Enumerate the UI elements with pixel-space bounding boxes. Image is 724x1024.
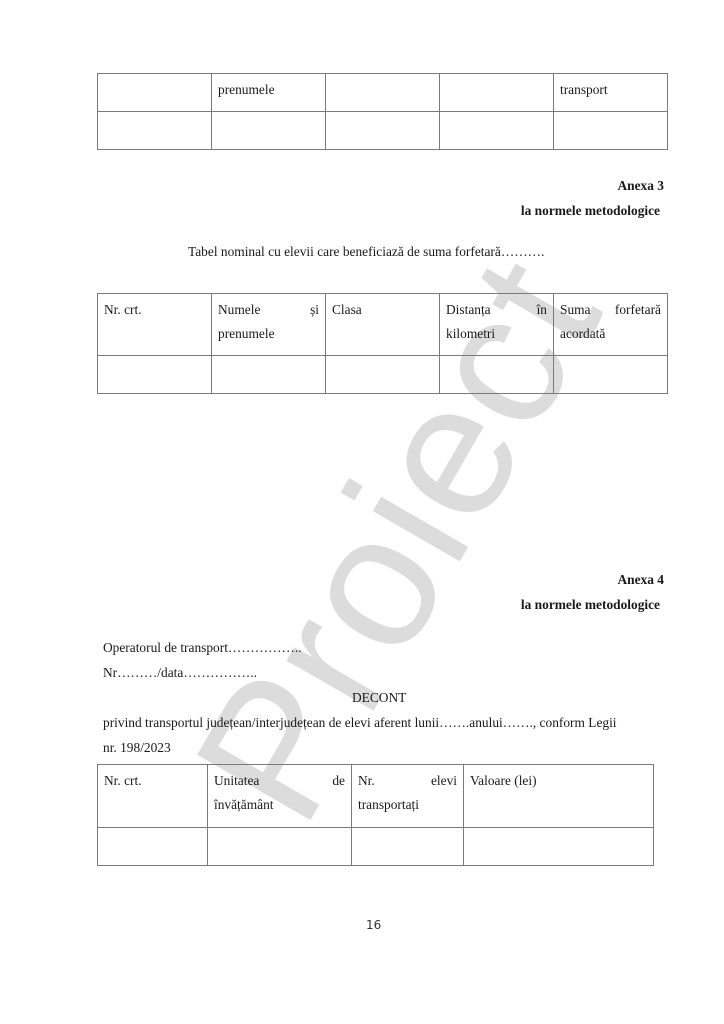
table-cell: prenumele: [212, 74, 326, 112]
header-distanta: Distanțaîn kilometri: [440, 294, 554, 356]
table-cell: [326, 356, 440, 394]
header-suma: Sumaforfetară acordată: [554, 294, 668, 356]
table-cell: [326, 74, 440, 112]
anexa4-table: Nr. crt. Unitateade învățământ Nr.elevi …: [97, 764, 654, 866]
header-clasa: Clasa: [326, 294, 440, 356]
table-cell: [440, 74, 554, 112]
page-number: 16: [366, 918, 381, 932]
anexa4-subtitle: la normele metodologice: [521, 597, 660, 613]
table-cell: [98, 112, 212, 150]
header-valoare: Valoare (lei): [464, 765, 654, 828]
table-cell: [212, 356, 326, 394]
table-header-row: Nr. crt. Unitateade învățământ Nr.elevi …: [98, 765, 654, 828]
anexa3-table: Nr. crt. Numeleși prenumele Clasa Distan…: [97, 293, 668, 394]
table-row: [98, 112, 668, 150]
operator-line: Operatorul de transport……………..: [103, 640, 302, 656]
nr-data-line: Nr………/data……………..: [103, 665, 257, 681]
table-cell: [208, 828, 352, 866]
table-cell: [440, 112, 554, 150]
table-cell: [326, 112, 440, 150]
decont-law: nr. 198/2023: [103, 740, 171, 756]
anexa3-subtitle: la normele metodologice: [521, 203, 660, 219]
table-cell: [212, 112, 326, 150]
anexa4-title: Anexa 4: [618, 572, 665, 588]
table-cell: [352, 828, 464, 866]
table-row: [98, 828, 654, 866]
table-cell: [440, 356, 554, 394]
table-cell: transport: [554, 74, 668, 112]
header-unitatea: Unitateade învățământ: [208, 765, 352, 828]
table-cell: [554, 356, 668, 394]
table-cell: [98, 74, 212, 112]
table-cell: [98, 356, 212, 394]
anexa3-caption: Tabel nominal cu elevii care beneficiază…: [188, 244, 544, 260]
header-nr-elevi: Nr.elevi transportați: [352, 765, 464, 828]
table-row: [98, 356, 668, 394]
table-row: prenumele transport: [98, 74, 668, 112]
decont-description: privind transportul județean/interjudețe…: [103, 715, 617, 731]
header-nr-crt: Nr. crt.: [98, 294, 212, 356]
table-header-row: Nr. crt. Numeleși prenumele Clasa Distan…: [98, 294, 668, 356]
header-numele: Numeleși prenumele: [212, 294, 326, 356]
header-nr-crt: Nr. crt.: [98, 765, 208, 828]
table-cell: [464, 828, 654, 866]
continued-table: prenumele transport: [97, 73, 668, 150]
table-cell: [98, 828, 208, 866]
table-cell: [554, 112, 668, 150]
decont-title: DECONT: [352, 690, 406, 706]
anexa3-title: Anexa 3: [618, 178, 665, 194]
